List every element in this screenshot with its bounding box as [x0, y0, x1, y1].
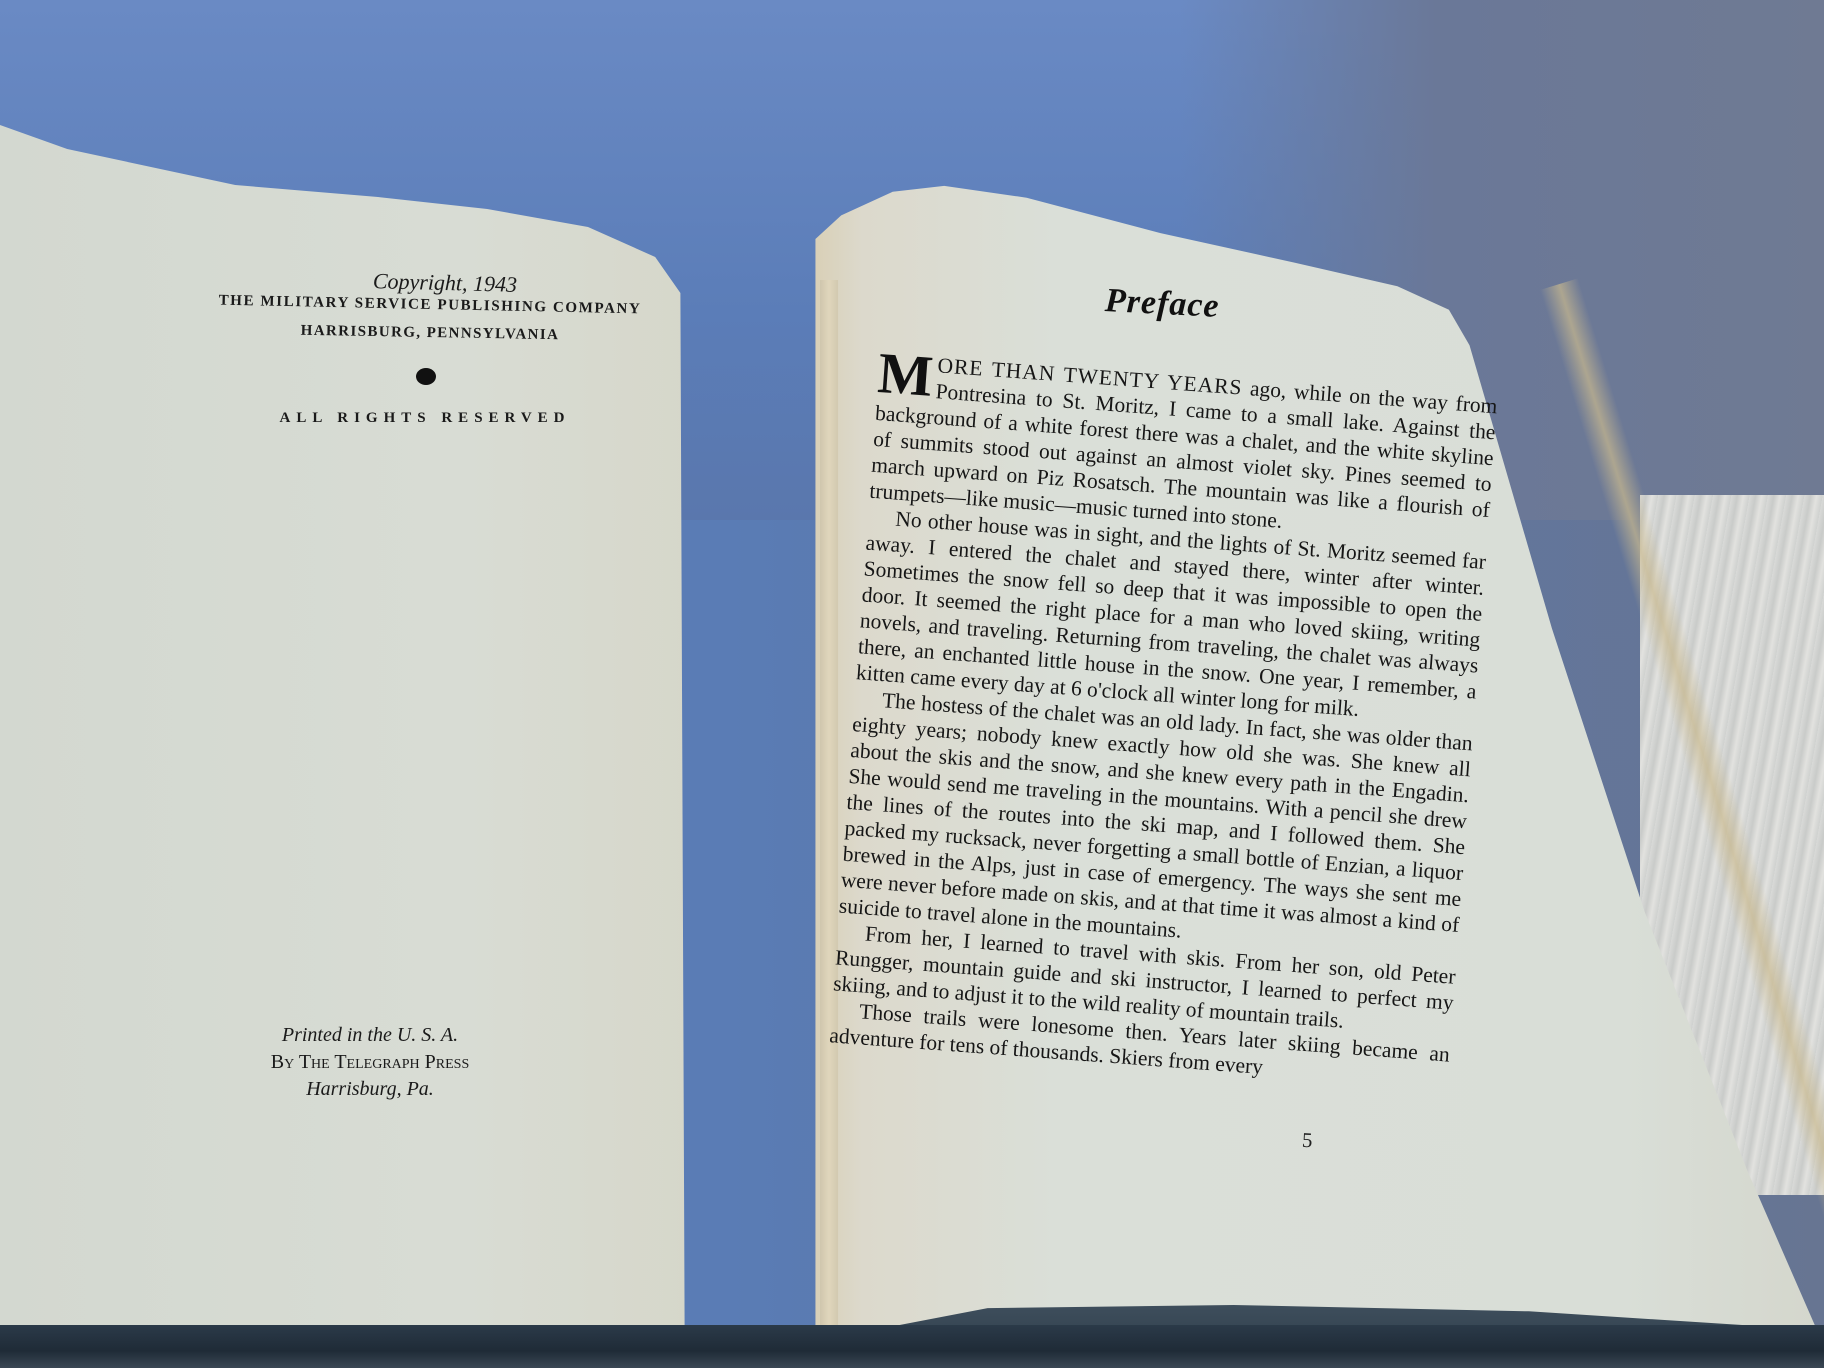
- page-number: 5: [1301, 1128, 1313, 1154]
- paragraph-3: The hostess of the chalet was an old lad…: [838, 685, 1473, 964]
- rights-reserved: ALL RIGHTS RESERVED: [250, 410, 600, 427]
- preface-body: MORE THAN TWENTY YEARS ago, while on the…: [829, 348, 1499, 1094]
- printer-line-1: Printed in the U. S. A.: [225, 1022, 515, 1049]
- page-title: Preface: [1104, 282, 1220, 326]
- copyright-line: Copyright, 1943: [345, 267, 546, 298]
- book-gutter: [820, 280, 838, 1360]
- paragraph-1-text: ago, while on the way from Pontresina to…: [869, 376, 1499, 533]
- drop-cap: M: [876, 350, 934, 400]
- book-cover-bottom: [0, 1325, 1824, 1368]
- printer-imprint: Printed in the U. S. A. By The Telegraph…: [225, 1022, 515, 1103]
- bullet-ornament-icon: [416, 368, 436, 385]
- printer-line-2: By The Telegraph Press: [225, 1049, 515, 1076]
- printer-line-3: Harrisburg, Pa.: [225, 1076, 515, 1103]
